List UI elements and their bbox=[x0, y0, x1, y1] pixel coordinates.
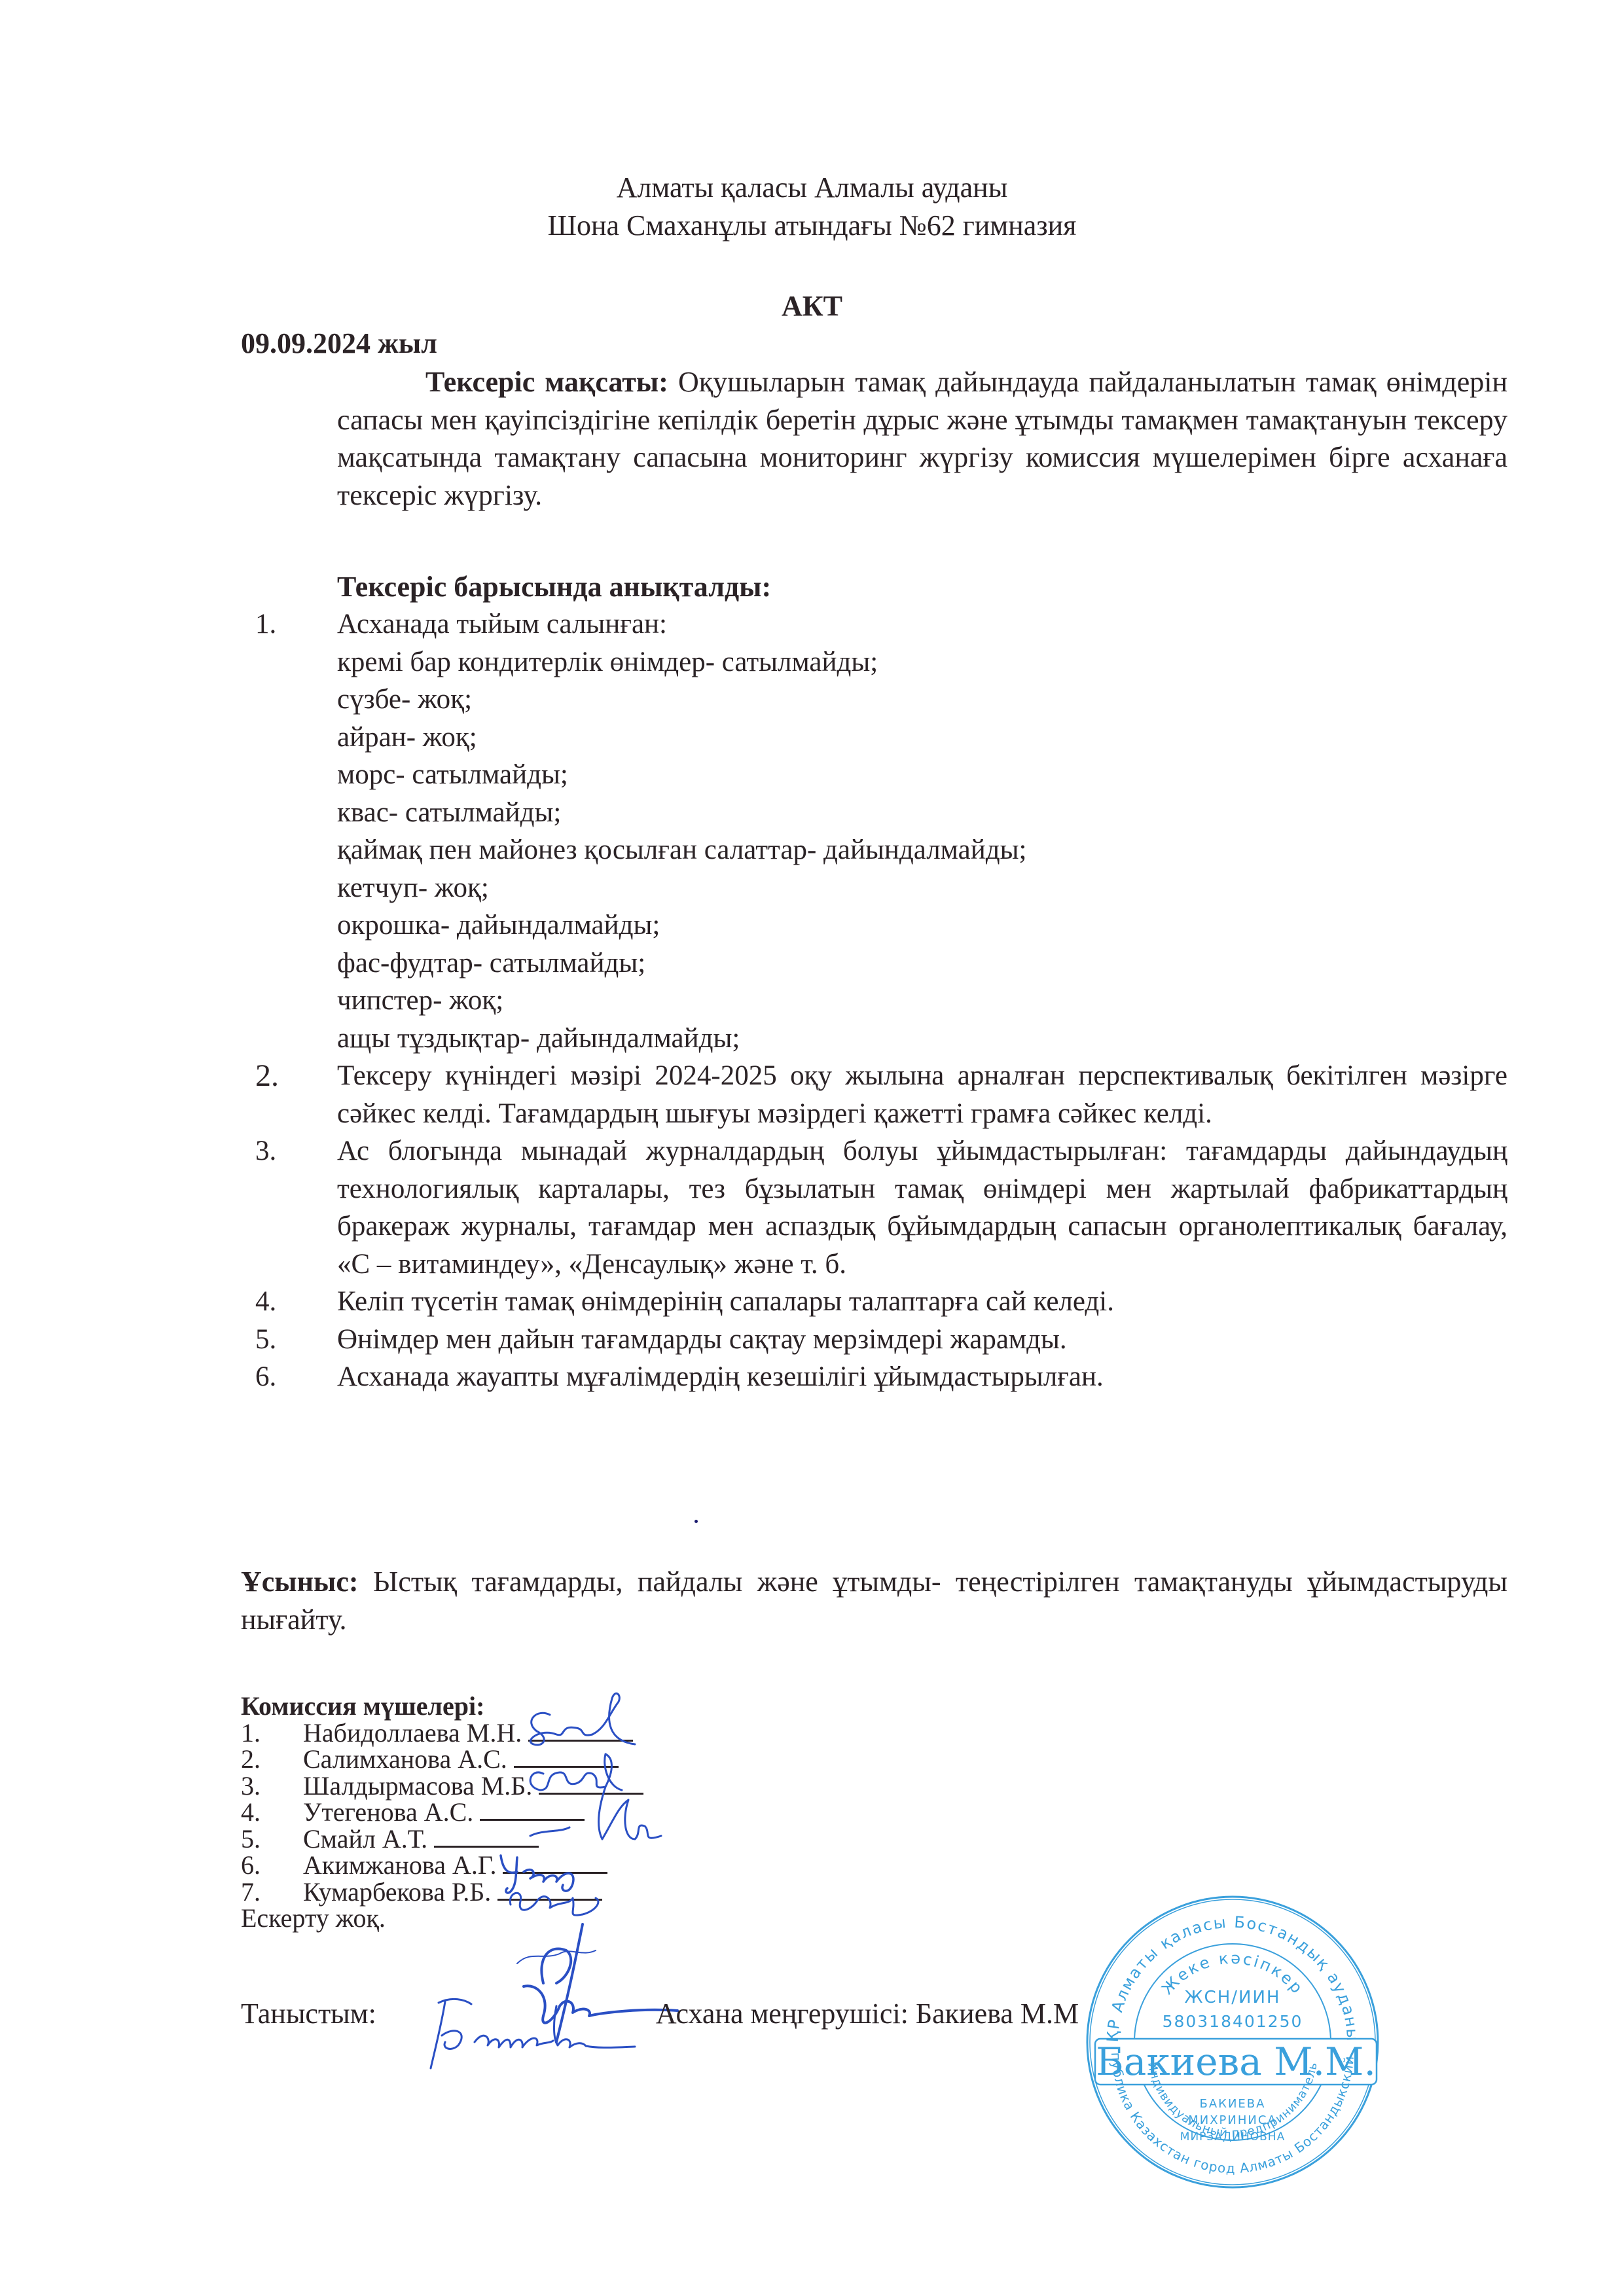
member-number: 6. bbox=[241, 1852, 261, 1879]
finding-text: Өнімдер мен дайын тағамдарды сақтау мерз… bbox=[337, 1324, 1067, 1355]
signature-line bbox=[503, 1852, 607, 1874]
stamp-id-number: 580318401250 bbox=[1163, 2012, 1303, 2031]
finding-text: Келіп түсетін тамақ өнімдерінің сапалары… bbox=[337, 1286, 1114, 1317]
commission-section: Комиссия мүшелері: 1. Набидоллаева М.Н. … bbox=[241, 1693, 643, 1932]
list-number: 1. bbox=[255, 605, 321, 643]
recommendation-label: Ұсыныс: bbox=[241, 1566, 359, 1598]
signature-line bbox=[539, 1773, 643, 1795]
finding-text: Асханада жауапты мұғалімдердің кезешіліг… bbox=[337, 1361, 1104, 1392]
institution-name: Шона Смаханұлы атындағы №62 гимназия bbox=[0, 207, 1624, 244]
commission-member: 2. Салимханова А.С. bbox=[241, 1746, 643, 1773]
prohibited-items: кремі бар кондитерлік өнімдер- сатылмайд… bbox=[249, 643, 1507, 1058]
recommendation-text: Ыстық тағамдарды, пайдалы және ұтымды- т… bbox=[241, 1566, 1507, 1636]
list-number: 6. bbox=[255, 1358, 321, 1396]
member-name: Акимжанова А.Г. bbox=[303, 1850, 496, 1880]
signature-6b-icon bbox=[517, 1950, 596, 1964]
commission-member: 5. Смайл А.Т. bbox=[241, 1826, 643, 1853]
finding-item-1: 1. Асханада тыйым салынған: bbox=[249, 605, 1507, 643]
member-name: Салимханова А.С. bbox=[303, 1744, 507, 1774]
member-number: 3. bbox=[241, 1773, 261, 1800]
prohibited-item: сүзбе- жоқ; bbox=[249, 681, 1507, 719]
prohibited-item: ащы тұздықтар- дайындалмайды; bbox=[249, 1020, 1507, 1058]
stamp-band-name: Бакиева М.М. bbox=[1096, 2039, 1376, 2084]
signature-line bbox=[497, 1879, 602, 1901]
stamp-full-name-1: БАКИЕВА bbox=[1200, 2097, 1266, 2111]
member-name: Смайл А.Т. bbox=[303, 1824, 427, 1854]
stray-ink-dot bbox=[695, 1520, 698, 1523]
document-title: АКТ bbox=[0, 287, 1624, 325]
finding-item-4: 4. Келіп түсетін тамақ өнімдерінің сапал… bbox=[249, 1283, 1507, 1321]
member-name: Кумарбекова Р.Б. bbox=[303, 1877, 491, 1907]
findings-list: 1. Асханада тыйым салынған: кремі бар ко… bbox=[249, 605, 1507, 1396]
finding-text: Асханада тыйым салынған: bbox=[337, 609, 667, 639]
canteen-manager: Асхана меңгерушісі: Бакиева М.М bbox=[656, 1998, 1079, 2030]
commission-member: 4. Утегенова А.С. bbox=[241, 1799, 643, 1826]
stamp-full-name-2: МИХРИНИСА bbox=[1188, 2113, 1277, 2127]
institution-district: Алматы қаласы Алмалы ауданы bbox=[0, 169, 1624, 206]
finding-item-2: 2. Тексеру күніндегі мәзірі 2024-2025 оқ… bbox=[249, 1057, 1507, 1132]
prohibited-item: окрошка- дайындалмайды; bbox=[249, 906, 1507, 944]
purpose-paragraph: Тексеріс мақсаты: Оқушыларын тамақ дайын… bbox=[337, 363, 1507, 514]
member-number: 2. bbox=[241, 1746, 261, 1773]
prohibited-item: фас-фудтар- сатылмайды; bbox=[249, 944, 1507, 982]
commission-title: Комиссия мүшелері: bbox=[241, 1693, 643, 1720]
member-number: 1. bbox=[241, 1720, 261, 1747]
finding-item-5: 5. Өнімдер мен дайын тағамдарды сақтау м… bbox=[249, 1321, 1507, 1359]
prohibited-item: морс- сатылмайды; bbox=[249, 756, 1507, 794]
findings-heading: Тексеріс барысында анықталды: bbox=[337, 568, 771, 605]
commission-member: 6. Акимжанова А.Г. bbox=[241, 1852, 643, 1879]
purpose-label: Тексеріс мақсаты: bbox=[425, 366, 668, 398]
prohibited-item: кремі бар кондитерлік өнімдер- сатылмайд… bbox=[249, 643, 1507, 681]
recommendation-paragraph: Ұсыныс: Ыстық тағамдарды, пайдалы және ұ… bbox=[241, 1563, 1507, 1638]
finding-text: Тексеру күніндегі мәзірі 2024-2025 оқу ж… bbox=[337, 1060, 1507, 1129]
finding-item-3: 3. Ас блогында мынадай журналдардың болу… bbox=[249, 1132, 1507, 1283]
member-number: 4. bbox=[241, 1799, 261, 1826]
member-name: Шалдырмасова М.Б. bbox=[303, 1771, 532, 1801]
commission-member: 3. Шалдырмасова М.Б. bbox=[241, 1773, 643, 1800]
prohibited-item: айран- жоқ; bbox=[249, 719, 1507, 757]
list-number: 2. bbox=[255, 1057, 321, 1095]
list-number: 5. bbox=[255, 1321, 321, 1359]
official-stamp: ҚР Алматы қаласы Бостандық ауданы Респуб… bbox=[1079, 1888, 1386, 2196]
finding-item-6: 6. Асханада жауапты мұғалімдердің кезеші… bbox=[249, 1358, 1507, 1396]
acknowledgement-line: Таныстым: Асхана меңгерушісі: Бакиева М.… bbox=[241, 1995, 1079, 2032]
acknowledgement-label: Таныстым: bbox=[241, 1998, 376, 2030]
commission-member: 7. Кумарбекова Р.Б. bbox=[241, 1879, 643, 1906]
signature-line bbox=[480, 1799, 585, 1821]
member-name: Утегенова А.С. bbox=[303, 1797, 473, 1827]
stamp-full-name-3: МИРЗАДИНОВНА bbox=[1180, 2130, 1285, 2144]
prohibited-item: қаймақ пен майонез қосылған салаттар- да… bbox=[249, 831, 1507, 869]
signature-line bbox=[528, 1720, 633, 1742]
remarks-note: Ескерту жоқ. bbox=[241, 1905, 643, 1932]
document-date: 09.09.2024 жыл bbox=[241, 325, 437, 362]
signature-line bbox=[514, 1746, 619, 1768]
prohibited-item: чипстер- жоқ; bbox=[249, 982, 1507, 1020]
commission-member: 1. Набидоллаева М.Н. bbox=[241, 1720, 643, 1747]
list-number: 3. bbox=[255, 1132, 321, 1170]
prohibited-item: кетчуп- жоқ; bbox=[249, 869, 1507, 907]
stamp-id-label: ЖСН/ИИН bbox=[1185, 1988, 1281, 2007]
prohibited-item: квас- сатылмайды; bbox=[249, 794, 1507, 832]
signature-line bbox=[434, 1826, 539, 1848]
list-number: 4. bbox=[255, 1283, 321, 1321]
finding-text: Ас блогында мынадай журналдардың болуы ұ… bbox=[337, 1136, 1507, 1280]
member-name: Набидоллаева М.Н. bbox=[303, 1718, 522, 1748]
member-number: 5. bbox=[241, 1826, 261, 1853]
member-number: 7. bbox=[241, 1879, 261, 1906]
